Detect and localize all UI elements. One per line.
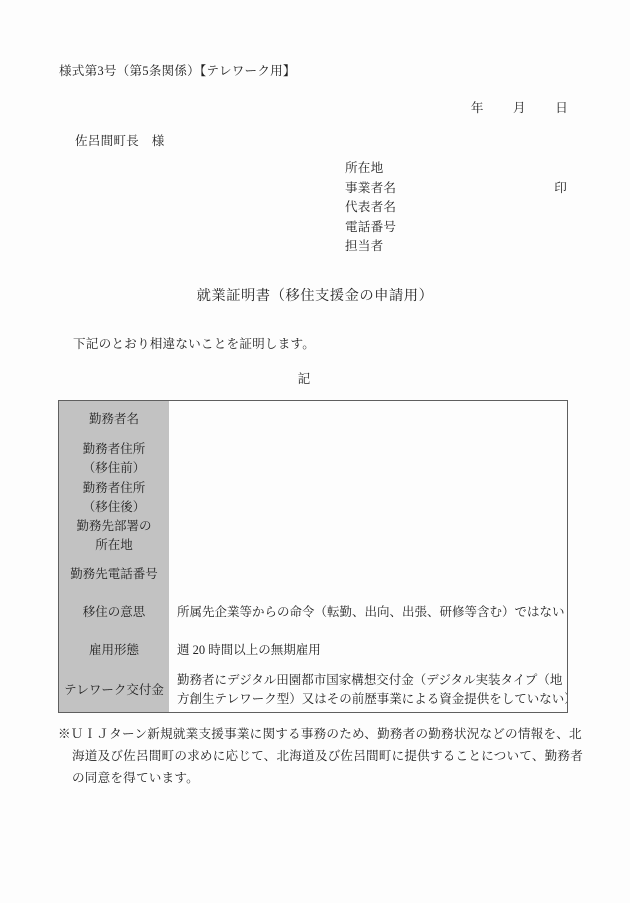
table-row-label: 勤務者住所 （移住後） bbox=[59, 479, 170, 517]
table-row-value: 勤務者にデジタル田園都市国家構想交付金（デジタル実装タイプ（地 方創生テレワーク… bbox=[169, 669, 568, 713]
table-row-value bbox=[169, 479, 568, 517]
table-row-label: 勤務先部署の 所在地 bbox=[59, 517, 170, 555]
table-row-employment-type: 雇用形態 週 20 時間以上の無期雇用 bbox=[59, 632, 568, 669]
employer-field-label: 担当者 bbox=[345, 237, 383, 257]
employer-field-business-name: 事業者名 印 bbox=[345, 179, 573, 199]
table-row-label: 勤務先電話番号 bbox=[59, 555, 170, 594]
table-row-value bbox=[169, 555, 568, 594]
employer-field-contact-person: 担当者 bbox=[345, 237, 573, 257]
table-row-value: 週 20 時間以上の無期雇用 bbox=[169, 632, 568, 669]
employer-field-phone: 電話番号 bbox=[345, 218, 573, 238]
employer-field-label: 所在地 bbox=[345, 159, 383, 179]
date-year-label: 年 bbox=[471, 101, 484, 115]
ki-mark: 記 bbox=[0, 368, 608, 387]
date-month-label: 月 bbox=[513, 101, 526, 115]
table-row-worker-name: 勤務者名 bbox=[59, 401, 568, 439]
table-row-label: 雇用形態 bbox=[59, 632, 170, 669]
table-row-address-after: 勤務者住所 （移住後） bbox=[59, 479, 568, 517]
document-page: 様式第3号（第5条関係）【テレワーク用】 年 月 日 佐呂間町長 様 所在地 事… bbox=[0, 0, 630, 903]
employer-field-label: 事業者名 bbox=[345, 179, 396, 199]
seal-mark: 印 bbox=[554, 179, 573, 199]
footnote-line: 海道及び佐呂間町の求めに応じて、北海道及び佐呂間町に提供することについて、勤務者 bbox=[58, 745, 618, 767]
employer-block: 所在地 事業者名 印 代表者名 電話番号 担当者 bbox=[345, 159, 573, 257]
employer-field-label: 代表者名 bbox=[345, 198, 396, 218]
table-row-label: テレワーク交付金 bbox=[59, 669, 170, 713]
table-row-value bbox=[169, 401, 568, 439]
footnote-line: の同意を得ています。 bbox=[58, 767, 618, 789]
table-row-value: 所属先企業等からの命令（転勤、出向、出張、研修等含む）ではない bbox=[169, 594, 568, 632]
addressee: 佐呂間町長 様 bbox=[75, 130, 165, 149]
table-row-address-before: 勤務者住所 （移住前） bbox=[59, 439, 568, 479]
table-row-office-location: 勤務先部署の 所在地 bbox=[59, 517, 568, 555]
date-day-label: 日 bbox=[555, 101, 568, 115]
table-row-value bbox=[169, 439, 568, 479]
certification-table: 勤務者名 勤務者住所 （移住前） 勤務者住所 （移住後） 勤務先部署の 所在地 … bbox=[58, 400, 568, 713]
table-row-migration-intent: 移住の意思 所属先企業等からの命令（転勤、出向、出張、研修等含む）ではない bbox=[59, 594, 568, 632]
table-row-telework-grant: テレワーク交付金 勤務者にデジタル田園都市国家構想交付金（デジタル実装タイプ（地… bbox=[59, 669, 568, 713]
table-row-office-phone: 勤務先電話番号 bbox=[59, 555, 568, 594]
employer-field-location: 所在地 bbox=[345, 159, 573, 179]
form-number: 様式第3号（第5条関係）【テレワーク用】 bbox=[59, 60, 296, 79]
employer-field-representative: 代表者名 bbox=[345, 198, 573, 218]
table-row-label: 勤務者名 bbox=[59, 401, 170, 439]
certify-sentence: 下記のとおり相違ないことを証明します。 bbox=[73, 333, 315, 352]
employer-field-label: 電話番号 bbox=[345, 218, 396, 238]
footnote: ※ＵＩＪターン新規就業支援事業に関する事務のため、勤務者の勤務状況などの情報を、… bbox=[58, 723, 618, 789]
footnote-line: ※ＵＩＪターン新規就業支援事業に関する事務のため、勤務者の勤務状況などの情報を、… bbox=[58, 723, 618, 745]
date-line: 年 月 日 bbox=[471, 97, 568, 116]
table-row-label: 勤務者住所 （移住前） bbox=[59, 439, 170, 479]
table-row-value bbox=[169, 517, 568, 555]
table-row-label: 移住の意思 bbox=[59, 594, 170, 632]
page-title: 就業証明書（移住支援金の申請用） bbox=[0, 285, 630, 305]
